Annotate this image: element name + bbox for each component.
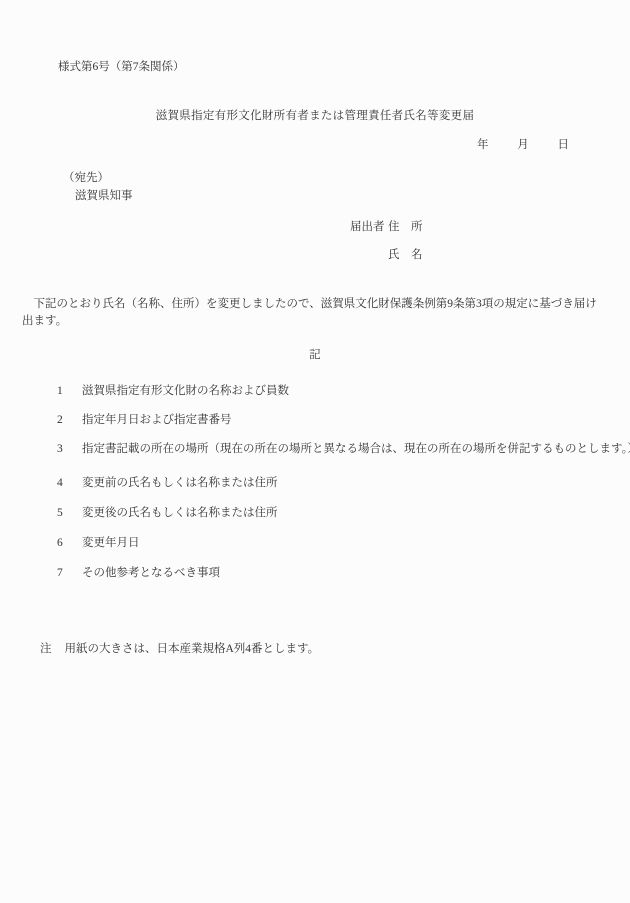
document-title: 滋賀県指定有形文化財所有者または管理責任者氏名等変更届 — [0, 111, 630, 123]
list-item-number: 2 — [57, 415, 63, 427]
list-item-text: 変更後の氏名もしくは名称または住所 — [82, 508, 278, 520]
date-day-label: 日 — [558, 140, 570, 152]
list-item: 6 変更年月日 — [57, 538, 140, 550]
list-item: 3 指定書記載の所在の場所（現在の所在の場所と異なる場合は、現在の所在の場所を併… — [57, 444, 630, 456]
addressee-label: （宛先） — [63, 173, 109, 185]
note-line: 注 用紙の大きさは、日本産業規格A列4番とします。 — [40, 644, 319, 656]
date-month-label: 月 — [517, 140, 529, 152]
list-item: 1 滋賀県指定有形文化財の名称および員数 — [57, 386, 289, 398]
list-item-number: 3 — [57, 444, 63, 456]
body-paragraph: 下記のとおり氏名（名称、住所）を変更しましたので、滋賀県文化財保護条例第9条第3… — [22, 296, 602, 330]
addressee-name: 滋賀県知事 — [75, 191, 133, 203]
applicant-label: 届出者 — [350, 222, 385, 234]
list-item-number: 4 — [57, 478, 63, 490]
date-line: 年 月 日 — [477, 140, 569, 152]
list-item-text: 変更前の氏名もしくは名称または住所 — [82, 478, 278, 490]
note-text: 用紙の大きさは、日本産業規格A列4番とします。 — [65, 644, 320, 656]
list-item: 2 指定年月日および指定書番号 — [57, 415, 232, 427]
applicant-address-label: 住 所 — [388, 222, 423, 234]
date-year-label: 年 — [477, 140, 489, 152]
note-label: 注 — [40, 644, 52, 656]
list-heading: 記 — [0, 350, 630, 362]
list-item: 4 変更前の氏名もしくは名称または住所 — [57, 478, 278, 490]
list-item-text: 変更年月日 — [82, 538, 140, 550]
list-item-number: 7 — [57, 568, 63, 580]
list-item-number: 6 — [57, 538, 63, 550]
form-number: 様式第6号（第7条関係） — [58, 62, 185, 74]
document-page: 様式第6号（第7条関係） 滋賀県指定有形文化財所有者または管理責任者氏名等変更届… — [0, 0, 630, 903]
list-item-text: 滋賀県指定有形文化財の名称および員数 — [82, 386, 289, 398]
list-item-text: 指定年月日および指定書番号 — [82, 415, 232, 427]
list-item-number: 1 — [57, 386, 63, 398]
list-item: 7 その他参考となるべき事項 — [57, 568, 220, 580]
list-item-text: 指定書記載の所在の場所（現在の所在の場所と異なる場合は、現在の所在の場所を併記す… — [82, 444, 630, 456]
applicant-name-label: 氏 名 — [388, 250, 423, 262]
list-item-number: 5 — [57, 508, 63, 520]
list-item-text: その他参考となるべき事項 — [82, 568, 220, 580]
list-item: 5 変更後の氏名もしくは名称または住所 — [57, 508, 278, 520]
